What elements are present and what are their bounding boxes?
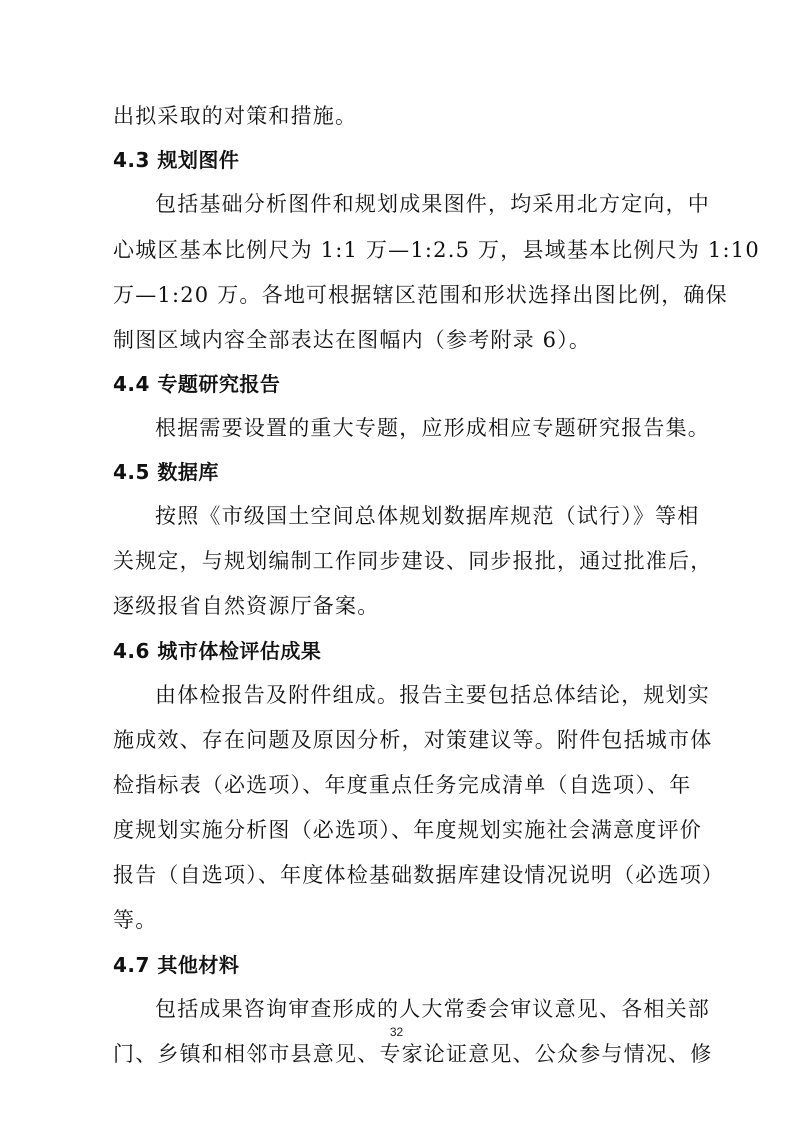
body-text-line: 门、乡镇和相邻市县意见、专家论证意见、公众参与情况、修 xyxy=(113,1042,685,1066)
body-text-line: 心城区基本比例尺为 1:1 万—1:2.5 万，县域基本比例尺为 1:10 xyxy=(113,238,685,262)
body-text-line: 万—1:20 万。各地可根据辖区范围和形状选择出图比例，确保 xyxy=(113,283,685,307)
section-heading-4-4: 4.4 专题研究报告 xyxy=(113,372,685,396)
body-text-line: 等。 xyxy=(113,908,685,932)
page-number: 32 xyxy=(0,1025,793,1039)
section-heading-4-7: 4.7 其他材料 xyxy=(113,953,685,977)
body-text-line: 逐级报省自然资源厅备案。 xyxy=(113,594,685,618)
body-text-line: 检指标表（必选项）、年度重点任务完成清单（自选项）、年 xyxy=(113,773,685,797)
body-text-line: 度规划实施分析图（必选项）、年度规划实施社会满意度评价 xyxy=(113,818,685,842)
body-text-line: 由体检报告及附件组成。报告主要包括总体结论，规划实 xyxy=(155,683,685,707)
body-text-line: 按照《市级国土空间总体规划数据库规范（试行）》等相 xyxy=(155,504,685,528)
body-text-line: 施成效、存在问题及原因分析，对策建议等。附件包括城市体 xyxy=(113,728,685,752)
body-text-line: 根据需要设置的重大专题，应形成相应专题研究报告集。 xyxy=(155,416,685,440)
body-text-line: 包括成果咨询审查形成的人大常委会审议意见、各相关部 xyxy=(155,997,685,1021)
section-heading-4-3: 4.3 规划图件 xyxy=(113,148,685,172)
section-heading-4-5: 4.5 数据库 xyxy=(113,460,685,484)
body-text-line: 关规定，与规划编制工作同步建设、同步报批，通过批准后， xyxy=(113,549,685,573)
body-text-line: 出拟采取的对策和措施。 xyxy=(113,104,685,128)
body-text-line: 报告（自选项）、年度体检基础数据库建设情况说明（必选项） xyxy=(113,863,685,887)
body-text-line: 包括基础分析图件和规划成果图件，均采用北方定向，中 xyxy=(155,192,685,216)
section-heading-4-6: 4.6 城市体检评估成果 xyxy=(113,639,685,663)
body-text-line: 制图区域内容全部表达在图幅内（参考附录 6）。 xyxy=(113,328,685,352)
